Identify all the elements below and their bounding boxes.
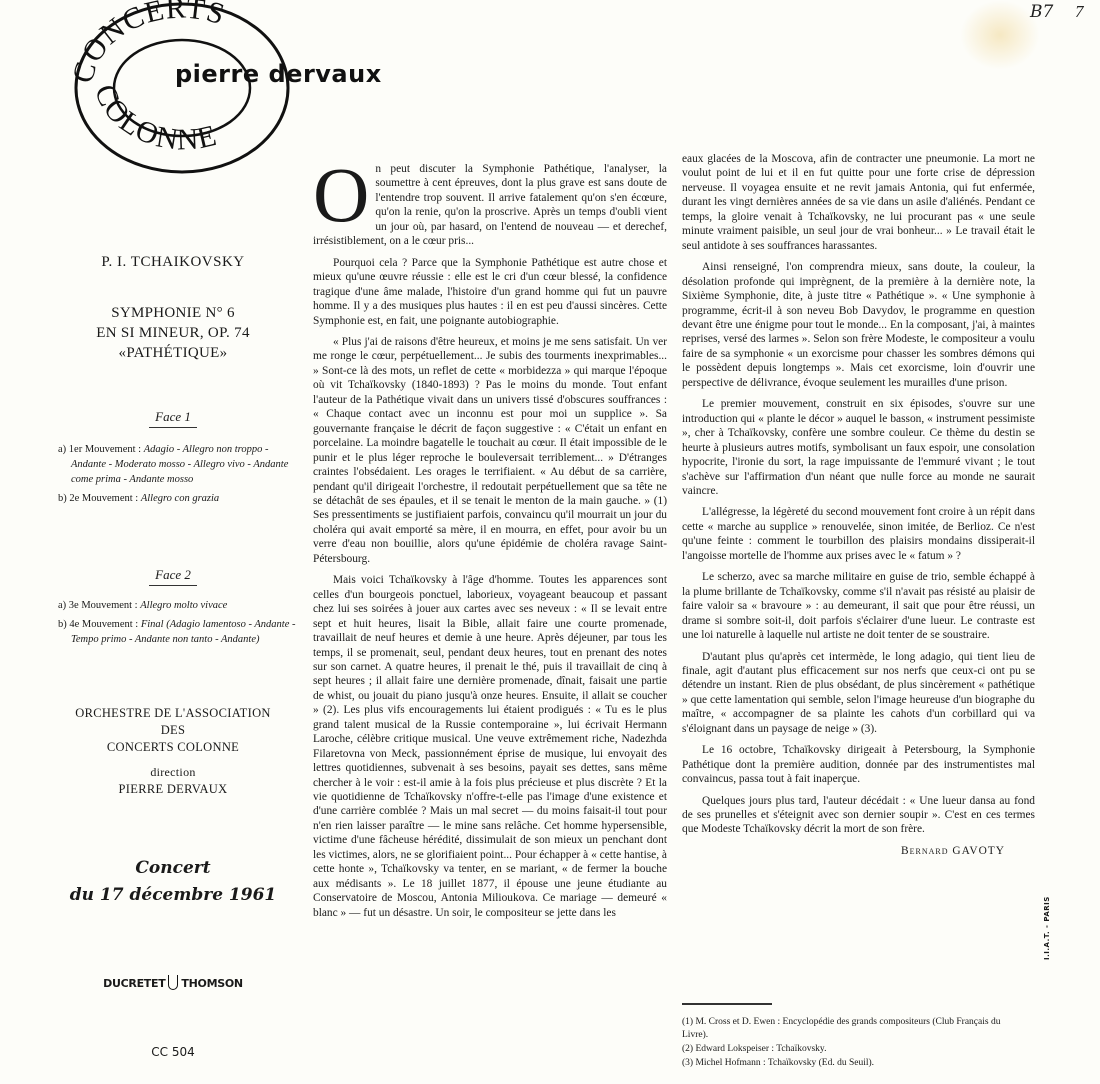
work-title-line: SYMPHONIE N° 6: [48, 303, 298, 323]
face-1-movements: a) 1er Mouvement : Adagio - Allegro non …: [58, 442, 298, 510]
orchestra-credit: ORCHESTRE DE L'ASSOCIATION DES CONCERTS …: [48, 705, 298, 798]
logo-bottom-text: COLONNE: [88, 80, 220, 157]
work-title-line: «PATHÉTIQUE»: [48, 343, 298, 363]
record-label-logo: DUCRETETTHOMSON: [48, 975, 298, 990]
article-paragraph: Le scherzo, avec sa marche militaire en …: [682, 570, 1035, 642]
drop-cap: O: [313, 164, 369, 226]
movement-item: b) 2e Mouvement : Allegro con grazia: [58, 491, 298, 506]
article-column-1: On peut discuter la Symphonie Pathétique…: [313, 162, 667, 927]
svg-text:COLONNE: COLONNE: [88, 80, 220, 157]
composer-name: P. I. TCHAIKOVSKY: [48, 254, 298, 271]
footnote-divider: [682, 1003, 772, 1005]
article-paragraph: L'allégresse, la légèreté du second mouv…: [682, 505, 1035, 563]
author-signature: Bernard GAVOTY: [682, 844, 1035, 858]
handwritten-note: B7: [1030, 2, 1053, 22]
face-1-title: Face 1: [48, 409, 298, 428]
footnote: (1) M. Cross et D. Ewen : Encyclopédie d…: [682, 1016, 1002, 1042]
article-paragraph: Mais voici Tchaïkovsky à l'âge d'homme. …: [313, 573, 667, 920]
concert-date: Concert du 17 décembre 1961: [48, 855, 298, 909]
footnote: (2) Edward Lokspeiser : Tchaïkovsky.: [682, 1043, 1002, 1056]
article-paragraph: Quelques jours plus tard, l'auteur décéd…: [682, 794, 1035, 837]
conductor-wordmark: pierre dervaux: [175, 60, 382, 88]
work-title: SYMPHONIE N° 6 EN SI MINEUR, OP. 74 «PAT…: [48, 303, 298, 363]
footnotes: (1) M. Cross et D. Ewen : Encyclopédie d…: [682, 1016, 1002, 1071]
movement-item: a) 3e Mouvement : Allegro molto vivace: [58, 598, 298, 613]
article-column-2: eaux glacées de la Moscova, afin de cont…: [682, 152, 1035, 858]
article-paragraph: On peut discuter la Symphonie Pathétique…: [313, 162, 667, 249]
face-2-movements: a) 3e Mouvement : Allegro molto vivace b…: [58, 598, 298, 651]
article-paragraph: Le premier mouvement, construit en six é…: [682, 397, 1035, 498]
article-paragraph: Le 16 octobre, Tchaïkovsky dirigeait à P…: [682, 743, 1035, 786]
catalog-number: CC 504: [48, 1045, 298, 1059]
footnote: (3) Michel Hofmann : Tchaïkovsky (Ed. du…: [682, 1057, 1002, 1070]
article-paragraph: Ainsi renseigné, l'on comprendra mieux, …: [682, 260, 1035, 390]
direction-label: direction: [48, 764, 298, 781]
work-title-line: EN SI MINEUR, OP. 74: [48, 323, 298, 343]
conductor-credit: PIERRE DERVAUX: [48, 781, 298, 798]
tuning-fork-icon: [168, 975, 178, 990]
paper-stain: [960, 0, 1040, 70]
movement-item: b) 4e Mouvement : Final (Adagio lamentos…: [58, 617, 298, 647]
article-paragraph: eaux glacées de la Moscova, afin de cont…: [682, 152, 1035, 253]
article-paragraph: Pourquoi cela ? Parce que la Symphonie P…: [313, 256, 667, 328]
face-2-title: Face 2: [48, 567, 298, 586]
handwritten-mark: 7: [1075, 2, 1084, 22]
article-paragraph: « Plus j'ai de raisons d'être heureux, e…: [313, 335, 667, 566]
movement-item: a) 1er Mouvement : Adagio - Allegro non …: [58, 442, 298, 487]
printer-imprint: I.I.A.T. - PARIS: [1043, 896, 1051, 960]
article-paragraph: D'autant plus qu'après cet intermède, le…: [682, 650, 1035, 737]
